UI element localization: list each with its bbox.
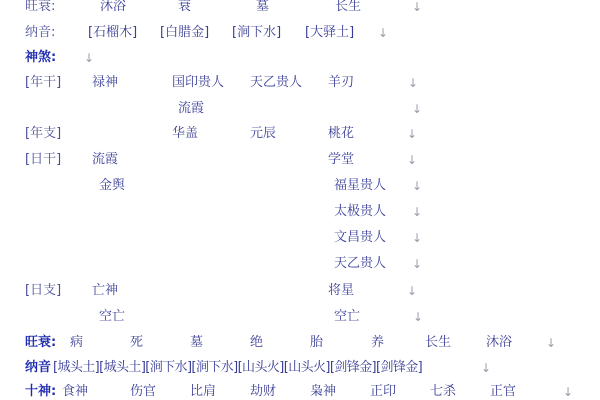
shensha-value: 天乙贵人 — [334, 256, 386, 272]
wangshuai-value: 病 — [70, 335, 83, 351]
wangshuai-value: 长生 — [335, 0, 361, 15]
nayin-value: [大驿土] — [305, 25, 354, 41]
line-break-arrow-icon: ↓ — [408, 75, 418, 91]
shishen-value: 正官 — [490, 384, 516, 400]
shensha-value: 亡神 — [92, 283, 118, 299]
wangshuai-label: 旺衰: — [25, 0, 55, 15]
wangshuai-value: 绝 — [250, 335, 263, 351]
line-break-arrow-icon: ↓ — [412, 256, 422, 272]
shishen-value: 正印 — [370, 384, 396, 400]
shishen-value: 劫财 — [250, 384, 276, 400]
line-break-arrow-icon: ↓ — [84, 50, 94, 66]
shishen-value: 七杀 — [430, 384, 456, 400]
line-break-arrow-icon: ↓ — [412, 204, 422, 220]
shishen-heading: 十神: — [25, 384, 56, 400]
shensha-value: 华盖 — [172, 126, 198, 142]
line-break-arrow-icon: ↓ — [412, 101, 422, 117]
wangshuai-value: 死 — [130, 335, 143, 351]
rizhi-label: [日支] — [25, 283, 61, 299]
shensha-value: 福星贵人 — [334, 178, 386, 194]
wangshuai-value: 沐浴 — [100, 0, 126, 15]
shensha-value: 空亡 — [99, 309, 125, 325]
shensha-value: 将星 — [328, 283, 354, 299]
shensha-value: 天乙贵人 — [250, 75, 302, 91]
line-break-arrow-icon: ↓ — [546, 335, 556, 351]
shensha-value: 学堂 — [328, 152, 354, 168]
line-break-arrow-icon: ↓ — [407, 126, 417, 142]
shensha-value: 太极贵人 — [334, 204, 386, 220]
line-break-arrow-icon: ↓ — [413, 309, 423, 325]
nayin-heading: 纳音 — [25, 360, 51, 376]
nayin-label: 纳音: — [25, 25, 55, 41]
line-break-arrow-icon: ↓ — [378, 25, 388, 41]
shensha-heading: 神煞: — [25, 50, 56, 66]
rigan-label: [日干] — [25, 152, 61, 168]
shensha-value: 文昌贵人 — [334, 230, 386, 246]
shishen-value: 伤官 — [130, 384, 156, 400]
wangshuai-value: 墓 — [256, 0, 269, 15]
line-break-arrow-icon: ↓ — [407, 152, 417, 168]
shishen-value: 比肩 — [190, 384, 216, 400]
wangshuai-value: 墓 — [190, 335, 203, 351]
line-break-arrow-icon: ↓ — [563, 384, 573, 400]
wangshuai-value: 衰 — [178, 0, 191, 15]
shensha-value: 流霞 — [92, 152, 118, 168]
shensha-value: 空亡 — [334, 309, 360, 325]
shensha-value: 桃花 — [328, 126, 354, 142]
shishen-value: 枭神 — [310, 384, 336, 400]
nayin-value: [白腊金] — [160, 25, 209, 41]
shensha-value: 禄神 — [92, 75, 118, 91]
shishen-value: 食神 — [62, 384, 88, 400]
nayin-value: [涧下水] — [232, 25, 281, 41]
shensha-value: 元辰 — [250, 126, 276, 142]
line-break-arrow-icon: ↓ — [412, 178, 422, 194]
line-break-arrow-icon: ↓ — [481, 360, 491, 376]
line-break-arrow-icon: ↓ — [412, 0, 422, 15]
wangshuai-value: 胎 — [310, 335, 323, 351]
shensha-value: 金舆 — [99, 178, 125, 194]
wangshuai-heading: 旺衰: — [25, 335, 56, 351]
line-break-arrow-icon: ↓ — [407, 283, 417, 299]
niangan-label: [年干] — [25, 75, 61, 91]
nianzhi-label: [年支] — [25, 126, 61, 142]
line-break-arrow-icon: ↓ — [412, 230, 422, 246]
nayin-values: [城头土][城头土][涧下水][涧下水][山头火][山头火][剑锋金][剑锋金] — [53, 360, 422, 376]
nayin-value: [石榴木] — [88, 25, 137, 41]
shensha-value: 国印贵人 — [172, 75, 224, 91]
shensha-value: 羊刃 — [328, 75, 354, 91]
wangshuai-value: 长生 — [425, 335, 451, 351]
shensha-value: 流霞 — [178, 101, 204, 117]
wangshuai-value: 养 — [371, 335, 384, 351]
wangshuai-value: 沐浴 — [486, 335, 512, 351]
